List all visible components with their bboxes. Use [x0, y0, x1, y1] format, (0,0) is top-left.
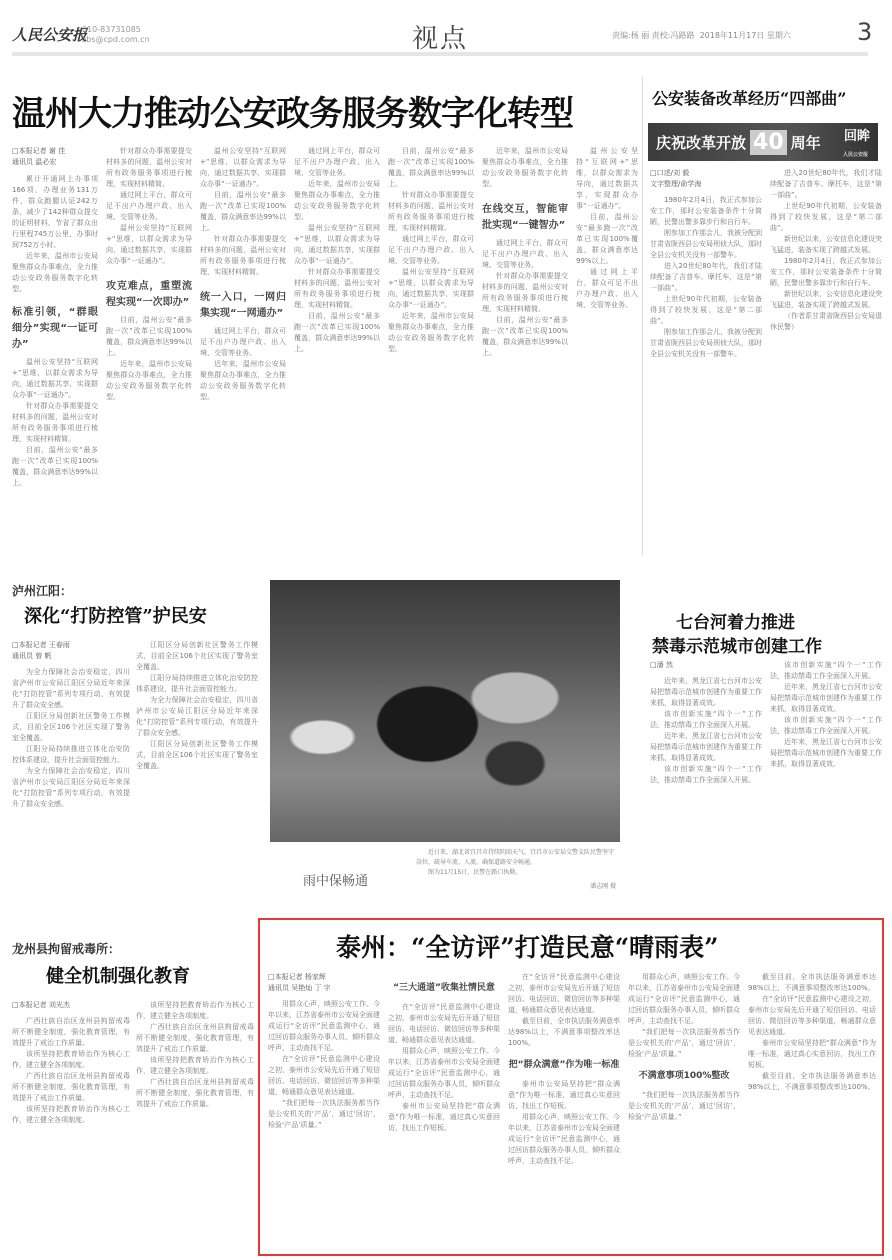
taizhou-col-1: □本报记者 杨家辉 通讯员 吴艳灿 丁 宇 用群众心声，映照公安工作。今年以来，…	[268, 972, 380, 1250]
paragraph: 江阳区分局创新社区警务工作模式，目前全区106个社区实现了警务室全覆盖。	[12, 711, 130, 744]
paragraph: 近年来，温州市公安局聚焦群众办事难点，全力推动公安政务服务数字化转型。	[388, 311, 474, 355]
paragraph: 目前，温州公安“最多跑一次”改革已实现100%覆盖，群众满意率达99%以上。	[12, 445, 98, 489]
paragraph: 江阳区分局创新社区警务工作模式，目前全区106个社区实现了警务室全覆盖。	[136, 640, 258, 673]
main-article-col-1: □本报记者 谢 佳 通讯员 温必宏 累计开通网上办事项166项，办理业务131万…	[12, 146, 98, 546]
main-article-col-6: 近年来，温州市公安局聚焦群众办事难点，全力推动公安政务服务数字化转型。 在线交互…	[482, 146, 568, 546]
byline: □本报记者 谢 佳	[12, 146, 98, 157]
paragraph: 目前，温州公安“最多跑一次”改革已实现100%覆盖，群众满意率达99%以上。	[200, 190, 286, 234]
paragraph: 温州公安坚持“互联网+”思维，以群众需求为导向，通过数据共享，实现群众办事“一证…	[388, 267, 474, 311]
paragraph: 江阳分局持续推进立体化治安防控体系建设，提升社会面管控能力。	[136, 673, 258, 695]
paragraph: 上世纪90年代初期，公安装备得到了较快发展，这是“第二部曲”。	[650, 294, 762, 327]
main-article-col-7: 温州公安坚持“互联网+”思维，以群众需求为导向，通过数据共享，实现群众办事“一证…	[576, 146, 638, 546]
paragraph: 针对群众办事需要提交材料多的问题，温州公安对所有政务服务事项进行梳理，实现材料精…	[482, 271, 568, 315]
side-article-col-2: 进入20世纪80年代，我们才陆续配备了吉普车、摩托车，这是“第一部曲”。 上世纪…	[770, 168, 882, 543]
paragraph: 在“全访评”民意监测中心建设之初，泰州市公安局先后开通了短信回访、电话回访、微信…	[748, 994, 876, 1038]
paragraph: 通过网上平台，群众可足不出户办理户政、出入境、交管等业务。	[576, 267, 638, 311]
paragraph: 近年来，温州市公安局聚焦群众办事难点，全力推动公安政务服务数字化转型。	[200, 359, 286, 403]
longzhou-kicker: 龙州县拘留戒毒所：	[12, 940, 120, 957]
taizhou-col-4: 用群众心声，映照公安工作。今年以来，江苏省泰州市公安局全面建成运行“全访评”民意…	[628, 972, 740, 1250]
taizhou-col-3: 在“全访评”民意监测中心建设之初，泰州市公安局先后开通了短信回访、电话回访、微信…	[508, 972, 620, 1250]
caption-text: 近日来，湖北省宜昌市持续阴雨天气，宜昌市公安局交警支队民警坚守岗位，疏导车流、人…	[416, 848, 616, 868]
subhead: 攻克难点，重塑流程实现“一次即办”	[106, 279, 192, 311]
paragraph: 近年来，黑龙江省七台河市公安局把禁毒示范城市创建作为重要工作来抓，取得显著成效。	[770, 737, 882, 770]
taizhou-col-2: “三大通道”收集社情民意 在“全访评”民意监测中心建设之初，泰州市公安局先后开通…	[388, 972, 500, 1250]
paragraph: 针对群众办事需要提交材料多的问题，温州公安对所有政务服务事项进行梳理，实现材料精…	[200, 234, 286, 278]
banner-text-right: 周年	[791, 132, 821, 153]
banner-seal: 回眸	[844, 125, 870, 144]
paragraph: 刚参加工作那会儿，我被分配到甘肃省陇西县公安局刑侦大队，那时全县公安机关没有一部…	[650, 228, 762, 261]
paragraph: 广西壮族自治区龙州县拘留戒毒所不断健全制度，强化教育管理，有效提升了戒治工作质量…	[12, 1016, 130, 1049]
phone: 010-83731085	[82, 25, 150, 35]
paragraph: 该市创新实施“四个一”工作法，推动禁毒工作全面深入开展。	[650, 764, 762, 786]
luzhou-headline: 深化“打防控管”护民安	[24, 602, 207, 628]
editor-info: 责编:杨 丽 责校:冯路路	[612, 31, 694, 40]
paragraph: 泰州市公安局坚持把“群众满意”作为唯一标准，通过真心实意回访，找出工作短板。	[388, 1101, 500, 1134]
byline: □本报记者 王春雨	[12, 640, 130, 651]
news-photo-traffic-police-in-rain	[270, 580, 620, 842]
paragraph: 为全力保障社会治安稳定，四川省泸州市公安局江阳区分局近年来深化“打防控管”系列专…	[12, 667, 130, 711]
paragraph: 在“全访评”民意监测中心建设之初，泰州市公安局先后开通了短信回访、电话回访、微信…	[508, 972, 620, 1016]
section-title: 视点	[412, 18, 468, 55]
paragraph: 广西壮族自治区龙州县拘留戒毒所不断健全制度，强化教育管理，有效提升了戒治工作质量…	[12, 1071, 130, 1104]
paragraph: 该所坚持把教育矫治作为核心工作，建立健全各项制度。	[136, 1055, 254, 1077]
subhead: 把“群众满意”作为唯一标准	[508, 1057, 620, 1073]
byline-2: 文字整理/俞学海	[650, 179, 762, 190]
byline-2: 通讯员 温必宏	[12, 157, 98, 168]
paragraph: 用群众心声，映照公安工作。今年以来，江苏省泰州市公安局全面建成运行“全访评”民意…	[508, 1112, 620, 1167]
paragraph: 为全力保障社会治安稳定，四川省泸州市公安局江阳区分局近年来深化“打防控管”系列专…	[136, 695, 258, 739]
byline: □潘 然	[650, 660, 762, 671]
luzhou-col-2: 江阳区分局创新社区警务工作模式，目前全区106个社区实现了警务室全覆盖。 江阳分…	[136, 640, 258, 912]
subhead: “三大通道”收集社情民意	[388, 980, 500, 996]
paragraph: 通过网上平台，群众可足不出户办理户政、出入境、交管等业务。	[294, 146, 380, 179]
byline: □本报记者 杨家辉	[268, 972, 380, 983]
paragraph: 用群众心声，映照公安工作。今年以来，江苏省泰州市公安局全面建成运行“全访评”民意…	[268, 999, 380, 1054]
main-article-col-4: 通过网上平台，群众可足不出户办理户政、出入境、交管等业务。 近年来，温州市公安局…	[294, 146, 380, 546]
paragraph: 用群众心声，映照公安工作。今年以来，江苏省泰州市公安局全面建成运行“全访评”民意…	[388, 1046, 500, 1101]
main-article-col-5: 目前，温州公安“最多跑一次”改革已实现100%覆盖，群众满意率达99%以上。 针…	[388, 146, 474, 546]
paragraph: 上世纪90年代初期，公安装备得到了较快发展，这是“第二部曲”。	[770, 201, 882, 234]
main-article-col-2: 针对群众办事需要提交材料多的问题，温州公安对所有政务服务事项进行梳理，实现材料精…	[106, 146, 192, 546]
header-divider	[12, 52, 868, 56]
paragraph: 泰州市公安局坚持把“群众满意”作为唯一标准，通过真心实意回访，找出工作短板。	[748, 1038, 876, 1071]
byline-2: 通讯员 吴艳灿 丁 宇	[268, 983, 380, 994]
side-headline: 公安装备改革经历“四部曲”	[652, 86, 846, 109]
paragraph: 温州公安坚持“互联网+”思维，以群众需求为导向，通过数据共享，实现群众办事“一证…	[106, 223, 192, 267]
paragraph: 温州公安坚持“互联网+”思维，以群众需求为导向，通过数据共享，实现群众办事“一证…	[294, 223, 380, 267]
author-note: （作者系甘肃省陇西县公安局退休民警）	[770, 311, 882, 333]
qitaihe-col-2: 该市创新实施“四个一”工作法，推动禁毒工作全面深入开展。 近年来，黑龙江省七台河…	[770, 660, 882, 910]
page-meta: 责编:杨 丽 责校:冯路路 2018年11月17日 星期六	[612, 30, 791, 41]
longzhou-col-1: □本报记者 刘光杰 广西壮族自治区龙州县拘留戒毒所不断健全制度，强化教育管理，有…	[12, 1000, 130, 1255]
longzhou-headline: 健全机制强化教育	[46, 962, 190, 988]
paragraph: 该市创新实施“四个一”工作法，推动禁毒工作全面深入开展。	[770, 660, 882, 682]
paragraph: “我们把每一次执法服务都当作是公安机关的‘产品’，通过‘回访’，检验‘产品’质量…	[628, 1027, 740, 1060]
paragraph: 温州公安坚持“互联网+”思维，以群众需求为导向，通过数据共享，实现群众办事“一证…	[12, 357, 98, 401]
paragraph: 新世纪以来，公安信息化建设突飞猛进，装备实现了跨越式发展。	[770, 234, 882, 256]
paragraph: 截至目前，全市执法服务满意率达98%以上，不满意事项整改率达100%。	[748, 972, 876, 994]
side-article-col-1: □口述/刘 毅 文字整理/俞学海 1980年2月4日，我正式参加公安工作，那时公…	[650, 168, 762, 543]
qitaihe-col-1: □潘 然 近年来，黑龙江省七台河市公安局把禁毒示范城市创建作为重要工作来抓，取得…	[650, 660, 762, 910]
paragraph: 通过网上平台，群众可足不出户办理户政、出入境、交管等业务。	[106, 190, 192, 223]
subhead: 标准引领，“群眼细分”实现“一证可办”	[12, 305, 98, 353]
paragraph: 针对群众办事需要提交材料多的问题，温州公安对所有政务服务事项进行梳理，实现材料精…	[388, 190, 474, 234]
banner-small: 人民公安报	[843, 151, 868, 158]
contact-info: 010-83731085 zbs@cpd.com.cn	[82, 25, 150, 45]
paragraph: 该市创新实施“四个一”工作法，推动禁毒工作全面深入开展。	[770, 715, 882, 737]
paragraph: 江阳区分局创新社区警务工作模式，目前全区106个社区实现了警务室全覆盖。	[136, 739, 258, 772]
paragraph: 近年来，黑龙江省七台河市公安局把禁毒示范城市创建作为重要工作来抓，取得显著成效。	[650, 676, 762, 709]
paragraph: 用群众心声，映照公安工作。今年以来，江苏省泰州市公安局全面建成运行“全访评”民意…	[628, 972, 740, 1027]
paragraph: 温州公安坚持“互联网+”思维，以群众需求为导向，通过数据共享，实现群众办事“一证…	[200, 146, 286, 190]
paragraph: 目前，温州公安“最多跑一次”改革已实现100%覆盖，群众满意率达99%以上。	[388, 146, 474, 190]
paragraph: 广西壮族自治区龙州县拘留戒毒所不断健全制度，强化教育管理，有效提升了戒治工作质量…	[136, 1077, 254, 1110]
paragraph: 江阳分局持续推进立体化治安防控体系建设，提升社会面管控能力。	[12, 744, 130, 766]
email: zbs@cpd.com.cn	[82, 35, 150, 45]
byline-2: 通讯员 曾 帆	[12, 651, 130, 662]
paragraph: 近年来，黑龙江省七台河市公安局把禁毒示范城市创建作为重要工作来抓，取得显著成效。	[650, 731, 762, 764]
paragraph: 近年来，黑龙江省七台河市公安局把禁毒示范城市创建作为重要工作来抓，取得显著成效。	[770, 682, 882, 715]
longzhou-col-2: 该所坚持把教育矫治作为核心工作，建立健全各项制度。 广西壮族自治区龙州县拘留戒毒…	[136, 1000, 254, 1255]
photo-credit: 潘志刚 摄	[416, 882, 616, 892]
column-divider	[642, 76, 643, 556]
paragraph: 针对群众办事需要提交材料多的问题，温州公安对所有政务服务事项进行梳理，实现材料精…	[106, 146, 192, 190]
paragraph: 通过网上平台，群众可足不出户办理户政、出入境、交管等业务。	[200, 326, 286, 359]
page-number: 3	[857, 18, 872, 46]
paragraph: 1980年2月4日，我正式参加公安工作，那时公安装备条件十分简陋，民警出警多靠步…	[650, 195, 762, 228]
taizhou-col-5: 截至目前，全市执法服务满意率达98%以上，不满意事项整改率达100%。 在“全访…	[748, 972, 876, 1250]
paragraph: 刚参加工作那会儿，我被分配到甘肃省陇西县公安局刑侦大队，那时全县公安机关没有一部…	[650, 327, 762, 360]
paragraph: 进入20世纪80年代，我们才陆续配备了吉普车、摩托车，这是“第一部曲”。	[770, 168, 882, 201]
issue-date: 2018年11月17日 星期六	[700, 31, 791, 40]
byline: □本报记者 刘光杰	[12, 1000, 130, 1011]
paragraph: 目前，温州公安“最多跑一次”改革已实现100%覆盖，群众满意率达99%以上。	[482, 315, 568, 359]
taizhou-headline: 泰州：“全访评”打造民意“晴雨表”	[336, 928, 719, 964]
paragraph: 温州公安坚持“互联网+”思维，以群众需求为导向，通过数据共享，实现群众办事“一证…	[576, 146, 638, 212]
paragraph: 近年来，温州市公安局聚焦群众办事难点，全力推动公安政务服务数字化转型。	[482, 146, 568, 190]
paragraph: 目前，温州公安“最多跑一次”改革已实现100%覆盖，群众满意率达99%以上。	[106, 315, 192, 359]
paragraph: “我们把每一次执法服务都当作是公安机关的‘产品’，通过‘回访’，检验‘产品’质量…	[268, 1098, 380, 1131]
paragraph: 通过网上平台，群众可足不出户办理户政、出入境、交管等业务。	[388, 234, 474, 267]
paragraph: 该所坚持把教育矫治作为核心工作，建立健全各项制度。	[12, 1104, 130, 1126]
subhead: 在线交互，智能审批实现“一键智办”	[482, 202, 568, 234]
paragraph: 进入20世纪80年代，我们才陆续配备了吉普车、摩托车，这是“第一部曲”。	[650, 261, 762, 294]
paragraph: 1980年2月4日，我正式参加公安工作，那时公安装备条件十分简陋，民警出警多靠步…	[770, 256, 882, 289]
paragraph: 在“全访评”民意监测中心建设之初，泰州市公安局先后开通了短信回访、电话回访、微信…	[268, 1054, 380, 1098]
photo-caption: 近日来，湖北省宜昌市持续阴雨天气，宜昌市公安局交警支队民警坚守岗位，疏导车流、人…	[416, 848, 616, 892]
banner-text-left: 庆祝改革开放	[656, 132, 746, 153]
qitaihe-headline-line1: 七台河着力推进	[676, 608, 795, 633]
main-article-col-3: 温州公安坚持“互联网+”思维，以群众需求为导向，通过数据共享，实现群众办事“一证…	[200, 146, 286, 546]
paragraph: 近年来，温州市公安局聚焦群众办事难点，全力推动公安政务服务数字化转型。	[294, 179, 380, 223]
main-headline: 温州大力推动公安政务服务数字化转型	[12, 86, 573, 135]
paragraph: 为全力保障社会治安稳定，四川省泸州市公安局江阳区分局近年来深化“打防控管”系列专…	[12, 766, 130, 810]
paragraph: 该市创新实施“四个一”工作法，推动禁毒工作全面深入开展。	[650, 709, 762, 731]
paragraph: “我们把每一次执法服务都当作是公安机关的‘产品’，通过‘回访’，检验‘产品’质量…	[628, 1090, 740, 1123]
lead-paragraph: 累计开通网上办事项166项，办理业务131万件，群众跑腿认证242万条，减少了1…	[12, 174, 98, 251]
newspaper-logo: 人民公安报	[12, 24, 87, 45]
anniversary-banner: 庆祝改革开放 40 周年 回眸 人民公安报	[648, 123, 878, 161]
paragraph: 针对群众办事需要提交材料多的问题，温州公安对所有政务服务事项进行梳理，实现材料精…	[294, 267, 380, 311]
paragraph: 通过网上平台，群众可足不出户办理户政、出入境、交管等业务。	[482, 238, 568, 271]
paragraph: 截至目前，全市执法服务满意率达98%以上，不满意事项整改率达100%。	[748, 1071, 876, 1093]
paragraph: 近年来，温州市公安局聚焦群众办事难点，全力推动公安政务服务数字化转型。	[106, 359, 192, 403]
paragraph: 新世纪以来，公安信息化建设突飞猛进，装备实现了跨越式发展。	[770, 289, 882, 311]
paragraph: 目前，温州公安“最多跑一次”改革已实现100%覆盖，群众满意率达99%以上。	[576, 212, 638, 267]
luzhou-kicker: 泸州江阳：	[12, 582, 72, 599]
paragraph: 针对群众办事需要提交材料多的问题，温州公安对所有政务服务事项进行梳理，实现材料精…	[12, 401, 98, 445]
paragraph: 广西壮族自治区龙州县拘留戒毒所不断健全制度，强化教育管理，有效提升了戒治工作质量…	[136, 1022, 254, 1055]
paragraph: 在“全访评”民意监测中心建设之初，泰州市公安局先后开通了短信回访、电话回访、微信…	[388, 1002, 500, 1046]
qitaihe-headline-line2: 禁毒示范城市创建工作	[652, 632, 822, 657]
subhead: 统一入口，一网归集实现“一网通办”	[200, 290, 286, 322]
paragraph: 截至目前，全市执法服务满意率达98%以上，不满意事项整改率达100%。	[508, 1016, 620, 1049]
luzhou-col-1: □本报记者 王春雨 通讯员 曾 帆 为全力保障社会治安稳定，四川省泸州市公安局江…	[12, 640, 130, 912]
paragraph: 该所坚持把教育矫治作为核心工作，建立健全各项制度。	[12, 1049, 130, 1071]
paragraph: 泰州市公安局坚持把“群众满意”作为唯一标准，通过真心实意回访，找出工作短板。	[508, 1079, 620, 1112]
paragraph: 该所坚持把教育矫治作为核心工作，建立健全各项制度。	[136, 1000, 254, 1022]
photo-title: 雨中保畅通	[303, 870, 368, 889]
caption-date: 图为11月15日，民警在路口执勤。	[416, 868, 616, 878]
paragraph: 近年来，温州市公安局聚焦群众办事难点，全力推动公安政务服务数字化转型。	[12, 251, 98, 295]
subhead: 不满意事项100%整改	[628, 1068, 740, 1084]
banner-number: 40	[750, 130, 787, 155]
byline: □口述/刘 毅	[650, 168, 762, 179]
paragraph: 目前，温州公安“最多跑一次”改革已实现100%覆盖，群众满意率达99%以上。	[294, 311, 380, 355]
